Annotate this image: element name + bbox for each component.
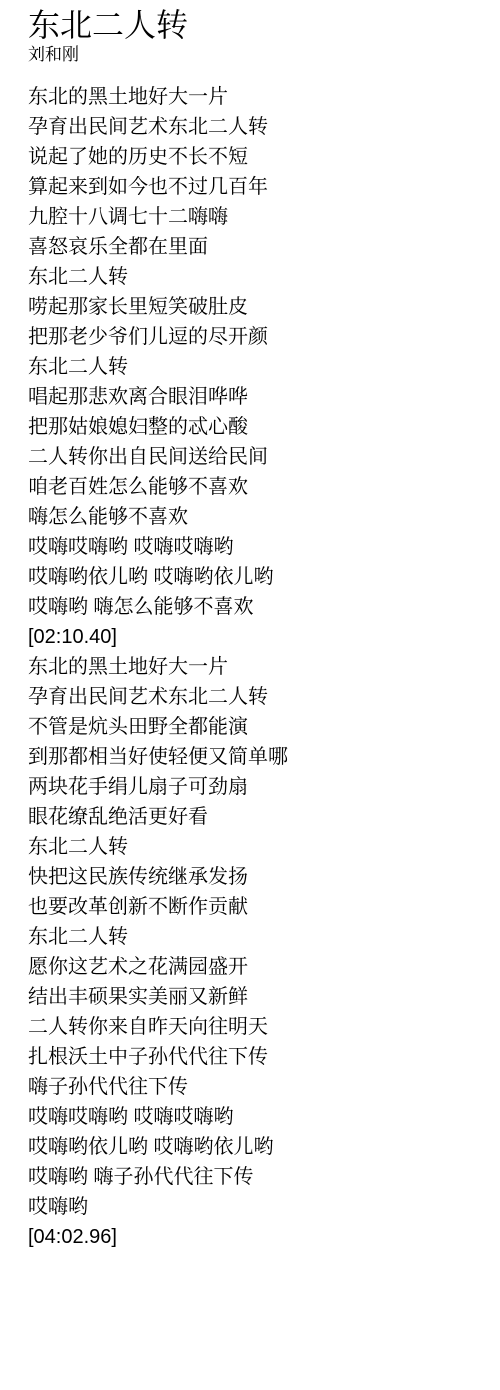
lyric-line: 也要改革创新不断作贡献 bbox=[28, 892, 480, 922]
artist-name: 刘和刚 bbox=[28, 44, 480, 66]
lyric-line: [04:02.96] bbox=[28, 1222, 480, 1252]
lyric-line: 愿你这艺术之花满园盛开 bbox=[28, 952, 480, 982]
lyric-line: 把那姑娘媳妇整的忒心酸 bbox=[28, 412, 480, 442]
lyrics-body: 东北的黑土地好大一片孕育出民间艺术东北二人转说起了她的历史不长不短算起来到如今也… bbox=[28, 82, 480, 1252]
lyric-line: 二人转你来自昨天向往明天 bbox=[28, 1012, 480, 1042]
lyric-line: 东北二人转 bbox=[28, 352, 480, 382]
lyric-line: 喜怒哀乐全都在里面 bbox=[28, 232, 480, 262]
lyric-line: 哎嗨哎嗨哟 哎嗨哎嗨哟 bbox=[28, 532, 480, 562]
lyric-line: 二人转你出自民间送给民间 bbox=[28, 442, 480, 472]
lyric-line: 咱老百姓怎么能够不喜欢 bbox=[28, 472, 480, 502]
lyric-line: 东北二人转 bbox=[28, 262, 480, 292]
lyric-line: 嗨怎么能够不喜欢 bbox=[28, 502, 480, 532]
lyric-line: 哎嗨哎嗨哟 哎嗨哎嗨哟 bbox=[28, 1102, 480, 1132]
lyric-line: 东北二人转 bbox=[28, 832, 480, 862]
lyric-line: 把那老少爷们儿逗的尽开颜 bbox=[28, 322, 480, 352]
lyric-line: 嗨子孙代代往下传 bbox=[28, 1072, 480, 1102]
lyric-line: 两块花手绢儿扇子可劲扇 bbox=[28, 772, 480, 802]
lyric-line: 不管是炕头田野全都能演 bbox=[28, 712, 480, 742]
lyric-line: 唠起那家长里短笑破肚皮 bbox=[28, 292, 480, 322]
lyric-line: [02:10.40] bbox=[28, 622, 480, 652]
lyric-line: 到那都相当好使轻便又简单哪 bbox=[28, 742, 480, 772]
lyric-line: 九腔十八调七十二嗨嗨 bbox=[28, 202, 480, 232]
lyric-line: 算起来到如今也不过几百年 bbox=[28, 172, 480, 202]
song-title: 东北二人转 bbox=[28, 6, 480, 44]
lyric-line: 哎嗨哟 嗨子孙代代往下传 bbox=[28, 1162, 480, 1192]
lyric-line: 结出丰硕果实美丽又新鲜 bbox=[28, 982, 480, 1012]
lyrics-page: 东北二人转 刘和刚 东北的黑土地好大一片孕育出民间艺术东北二人转说起了她的历史不… bbox=[0, 0, 500, 1390]
lyric-line: 说起了她的历史不长不短 bbox=[28, 142, 480, 172]
lyric-line: 哎嗨哟 嗨怎么能够不喜欢 bbox=[28, 592, 480, 622]
lyric-line: 东北的黑土地好大一片 bbox=[28, 82, 480, 112]
lyric-line: 孕育出民间艺术东北二人转 bbox=[28, 682, 480, 712]
lyric-line: 东北二人转 bbox=[28, 922, 480, 952]
lyric-line: 快把这民族传统继承发扬 bbox=[28, 862, 480, 892]
lyric-line: 扎根沃土中子孙代代往下传 bbox=[28, 1042, 480, 1072]
lyric-line: 唱起那悲欢离合眼泪哗哗 bbox=[28, 382, 480, 412]
lyric-line: 眼花缭乱绝活更好看 bbox=[28, 802, 480, 832]
lyric-line: 哎嗨哟 bbox=[28, 1192, 480, 1222]
lyric-line: 哎嗨哟依儿哟 哎嗨哟依儿哟 bbox=[28, 1132, 480, 1162]
lyric-line: 东北的黑土地好大一片 bbox=[28, 652, 480, 682]
lyric-line: 哎嗨哟依儿哟 哎嗨哟依儿哟 bbox=[28, 562, 480, 592]
lyric-line: 孕育出民间艺术东北二人转 bbox=[28, 112, 480, 142]
